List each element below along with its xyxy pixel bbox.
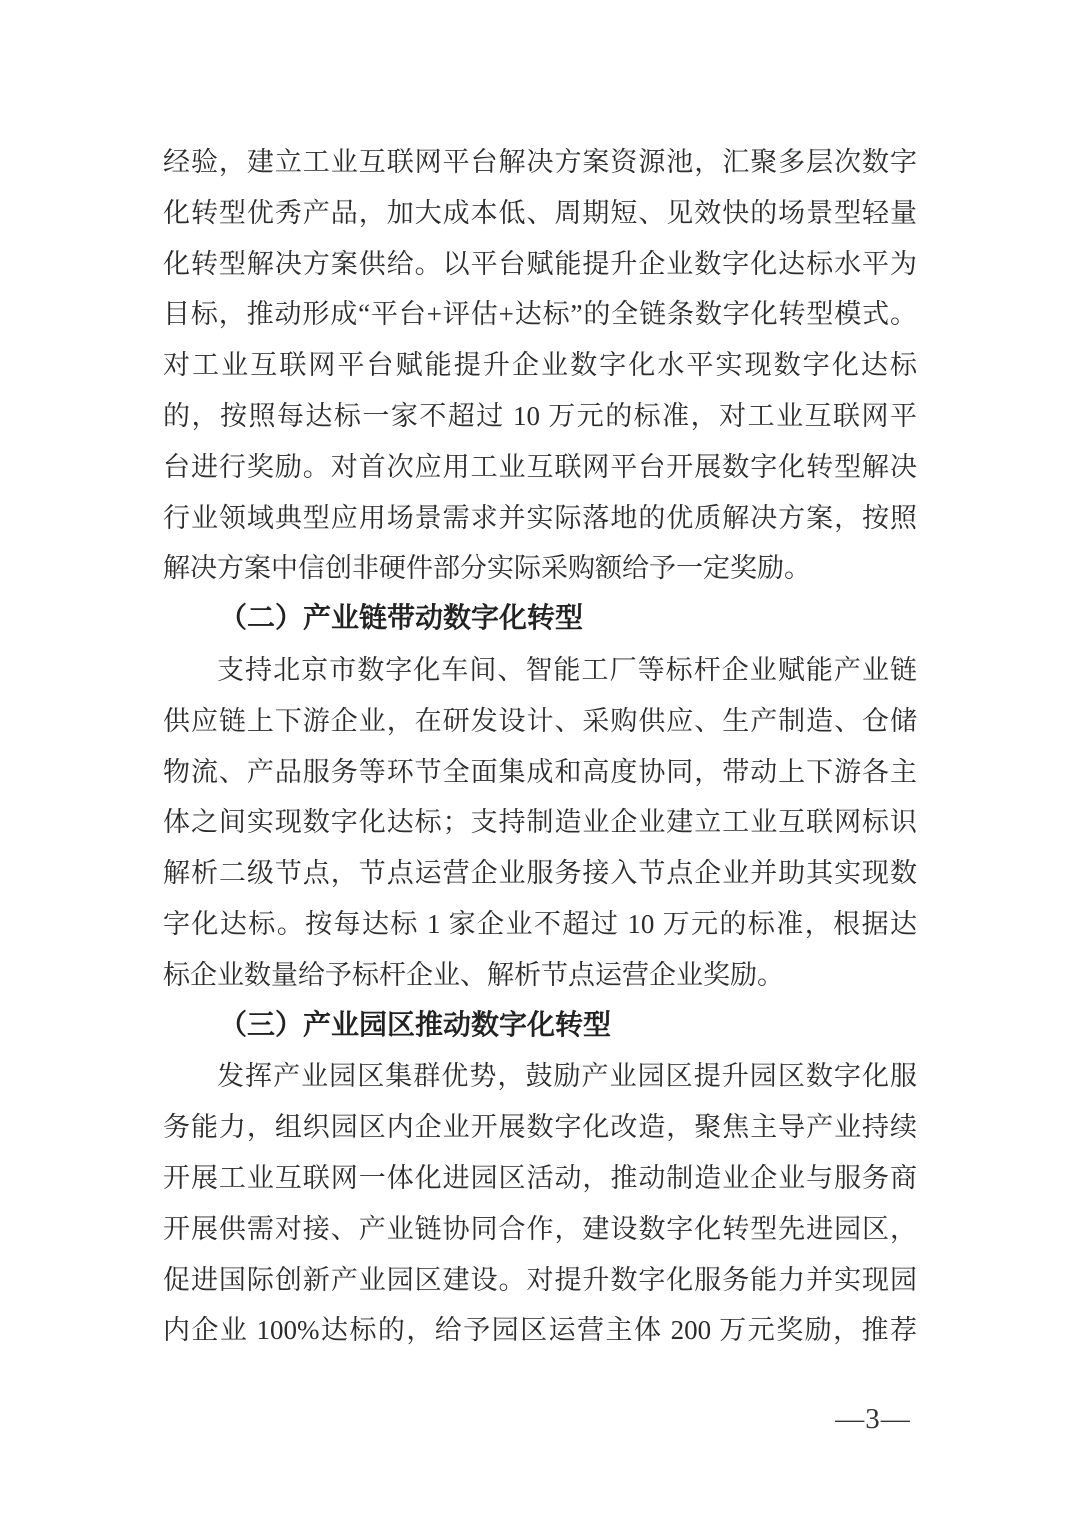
document-line: 目标，推动形成“平台+评估+达标”的全链条数字化转型模式。 <box>163 289 917 340</box>
document-line: 经验，建立工业互联网平台解决方案资源池，汇聚多层次数字 <box>163 137 917 188</box>
document-line: 标企业数量给予标杆企业、解析节点运营企业奖励。 <box>163 950 917 1001</box>
document-page: 经验，建立工业互联网平台解决方案资源池，汇聚多层次数字化转型优秀产品，加大成本低… <box>0 0 1080 1527</box>
document-line: 的，按照每达标一家不超过 10 万元的标准，对工业互联网平 <box>163 391 917 442</box>
document-line: 化转型优秀产品，加大成本低、周期短、见效快的场景型轻量 <box>163 188 917 239</box>
document-line: 发挥产业园区集群优势，鼓励产业园区提升园区数字化服 <box>163 1051 917 1102</box>
document-line: 物流、产品服务等环节全面集成和高度协同，带动上下游各主 <box>163 747 917 798</box>
document-line: 促进国际创新产业园区建设。对提升数字化服务能力并实现园 <box>163 1255 917 1306</box>
document-line: 台进行奖励。对首次应用工业互联网平台开展数字化转型解决 <box>163 442 917 493</box>
document-line: 化转型解决方案供给。以平台赋能提升企业数字化达标水平为 <box>163 239 917 290</box>
document-body: 经验，建立工业互联网平台解决方案资源池，汇聚多层次数字化转型优秀产品，加大成本低… <box>163 137 917 1356</box>
document-line: 字化达标。按每达标 1 家企业不超过 10 万元的标准，根据达 <box>163 899 917 950</box>
document-line: 开展工业互联网一体化进园区活动，推动制造业企业与服务商 <box>163 1153 917 1204</box>
page-number: —3— <box>813 1399 933 1439</box>
document-line: 开展供需对接、产业链协同合作，建设数字化转型先进园区， <box>163 1204 917 1255</box>
document-line: 体之间实现数字化达标；支持制造业企业建立工业互联网标识 <box>163 797 917 848</box>
section-heading: （二）产业链带动数字化转型 <box>163 594 917 645</box>
document-line: 务能力，组织园区内企业开展数字化改造，聚焦主导产业持续 <box>163 1102 917 1153</box>
document-line: 对工业互联网平台赋能提升企业数字化水平实现数字化达标 <box>163 340 917 391</box>
document-line: 支持北京市数字化车间、智能工厂等标杆企业赋能产业链 <box>163 645 917 696</box>
document-line: 解决方案中信创非硬件部分实际采购额给予一定奖励。 <box>163 543 917 594</box>
document-line: 内企业 100%达标的，给予园区运营主体 200 万元奖励，推荐 <box>163 1305 917 1356</box>
document-line: 供应链上下游企业，在研发设计、采购供应、生产制造、仓储 <box>163 696 917 747</box>
document-line: 行业领域典型应用场景需求并实际落地的优质解决方案，按照 <box>163 493 917 544</box>
section-heading: （三）产业园区推动数字化转型 <box>163 1001 917 1052</box>
document-line: 解析二级节点，节点运营企业服务接入节点企业并助其实现数 <box>163 848 917 899</box>
